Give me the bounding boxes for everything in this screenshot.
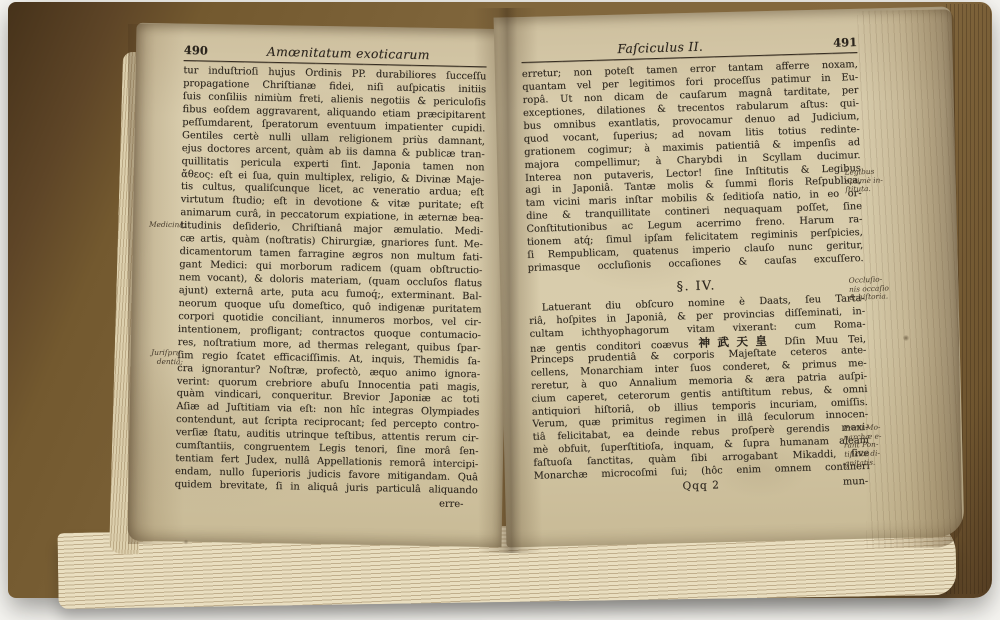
page-left: 490 Amœnitatum exoticarum tur induſtrioſ… xyxy=(174,42,487,511)
page-right: Faſciculus II. 491 erretur; non poteſt t… xyxy=(521,34,870,498)
paragraph-1: erretur; non poteſt tamen error tantam a… xyxy=(522,59,864,276)
margin-note-medicina: Medicinâ; xyxy=(149,221,183,230)
margin-note-legibus: Legibusoptimè in-ſtituta. xyxy=(845,167,892,195)
margin-note-line: & hiſtoria. xyxy=(849,293,897,303)
right-catchword: mun- xyxy=(808,475,870,490)
margin-note-line: ſtituta. xyxy=(845,185,891,195)
right-page-number: 491 xyxy=(833,35,857,50)
margin-note-occlusionis: Occluſio-nis occaſio& hiſtoria. xyxy=(849,275,898,303)
left-body-text: tur induſtrioſi hujus Ordinis PP. durabi… xyxy=(175,65,487,498)
left-page-number: 490 xyxy=(184,43,226,58)
book-photo: 490 Amœnitatum exoticarum tur induſtrioſ… xyxy=(0,0,1000,620)
signature-spacer xyxy=(534,483,594,498)
margin-note-jurisprudentia: Juriſpru-dentiâ; xyxy=(143,349,183,367)
margin-note-line: gnitatis. xyxy=(844,458,890,468)
margin-note-line: Medicinâ; xyxy=(149,221,183,230)
paragraph-2: Latuerant diu obſcuro nomine è Daats, ſe… xyxy=(529,293,870,484)
margin-note-line: dentiâ; xyxy=(143,357,183,366)
margin-note-primi-monarchae: Primi Mo-narchæ e-rant Pon-tificiæ di-gn… xyxy=(843,423,890,468)
